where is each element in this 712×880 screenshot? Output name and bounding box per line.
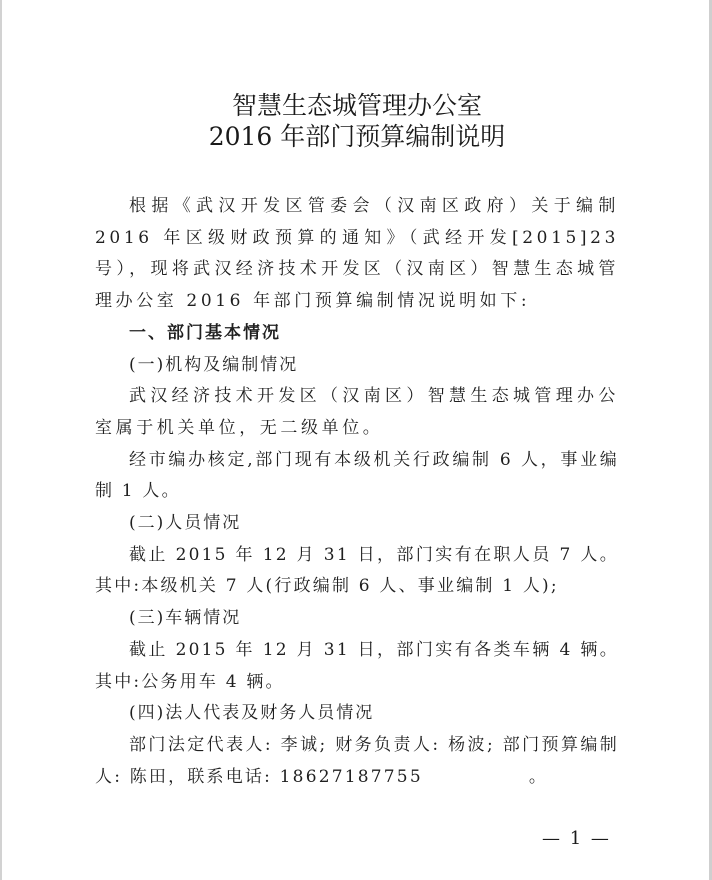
page-number: — 1 — [542,828,611,849]
document-body: 根据《武汉开发区管委会（汉南区政府）关于编制 2016 年区级财政预算的通知》（… [95,191,619,793]
sub1-paragraph1: 武汉经济技术开发区（汉南区）智慧生态城管理办公室属于机关单位，无二级单位。 [95,381,619,444]
sub4-paragraph-tail: 。 [495,762,548,794]
sub2-paragraph: 截止 2015 年 12 月 31 日，部门实有在职人员 7 人。其中:本级机关… [95,540,619,603]
sub4-heading: (四)法人代表及财务人员情况 [95,698,619,730]
page-edge-left [0,0,2,880]
sub3-heading: (三)车辆情况 [95,603,619,635]
sub3-paragraph: 截止 2015 年 12 月 31 日，部门实有各类车辆 4 辆。其中:公务用车… [95,635,619,698]
sub2-heading: (二)人员情况 [95,508,619,540]
sub1-heading: (一)机构及编制情况 [95,350,619,382]
document-title-line2: 2016 年部门预算编制说明 [95,117,619,153]
section1-heading: 一、部门基本情况 [95,318,619,350]
sub4-paragraph: 部门法定代表人: 李诚; 财务负责人: 杨波; 部门预算编制人: 陈田，联系电话… [95,730,619,793]
sub1-paragraph2: 经市编办核定,部门现有本级机关行政编制 6 人，事业编制 1 人。 [95,445,619,508]
intro-paragraph: 根据《武汉开发区管委会（汉南区政府）关于编制 2016 年区级财政预算的通知》（… [95,191,619,318]
